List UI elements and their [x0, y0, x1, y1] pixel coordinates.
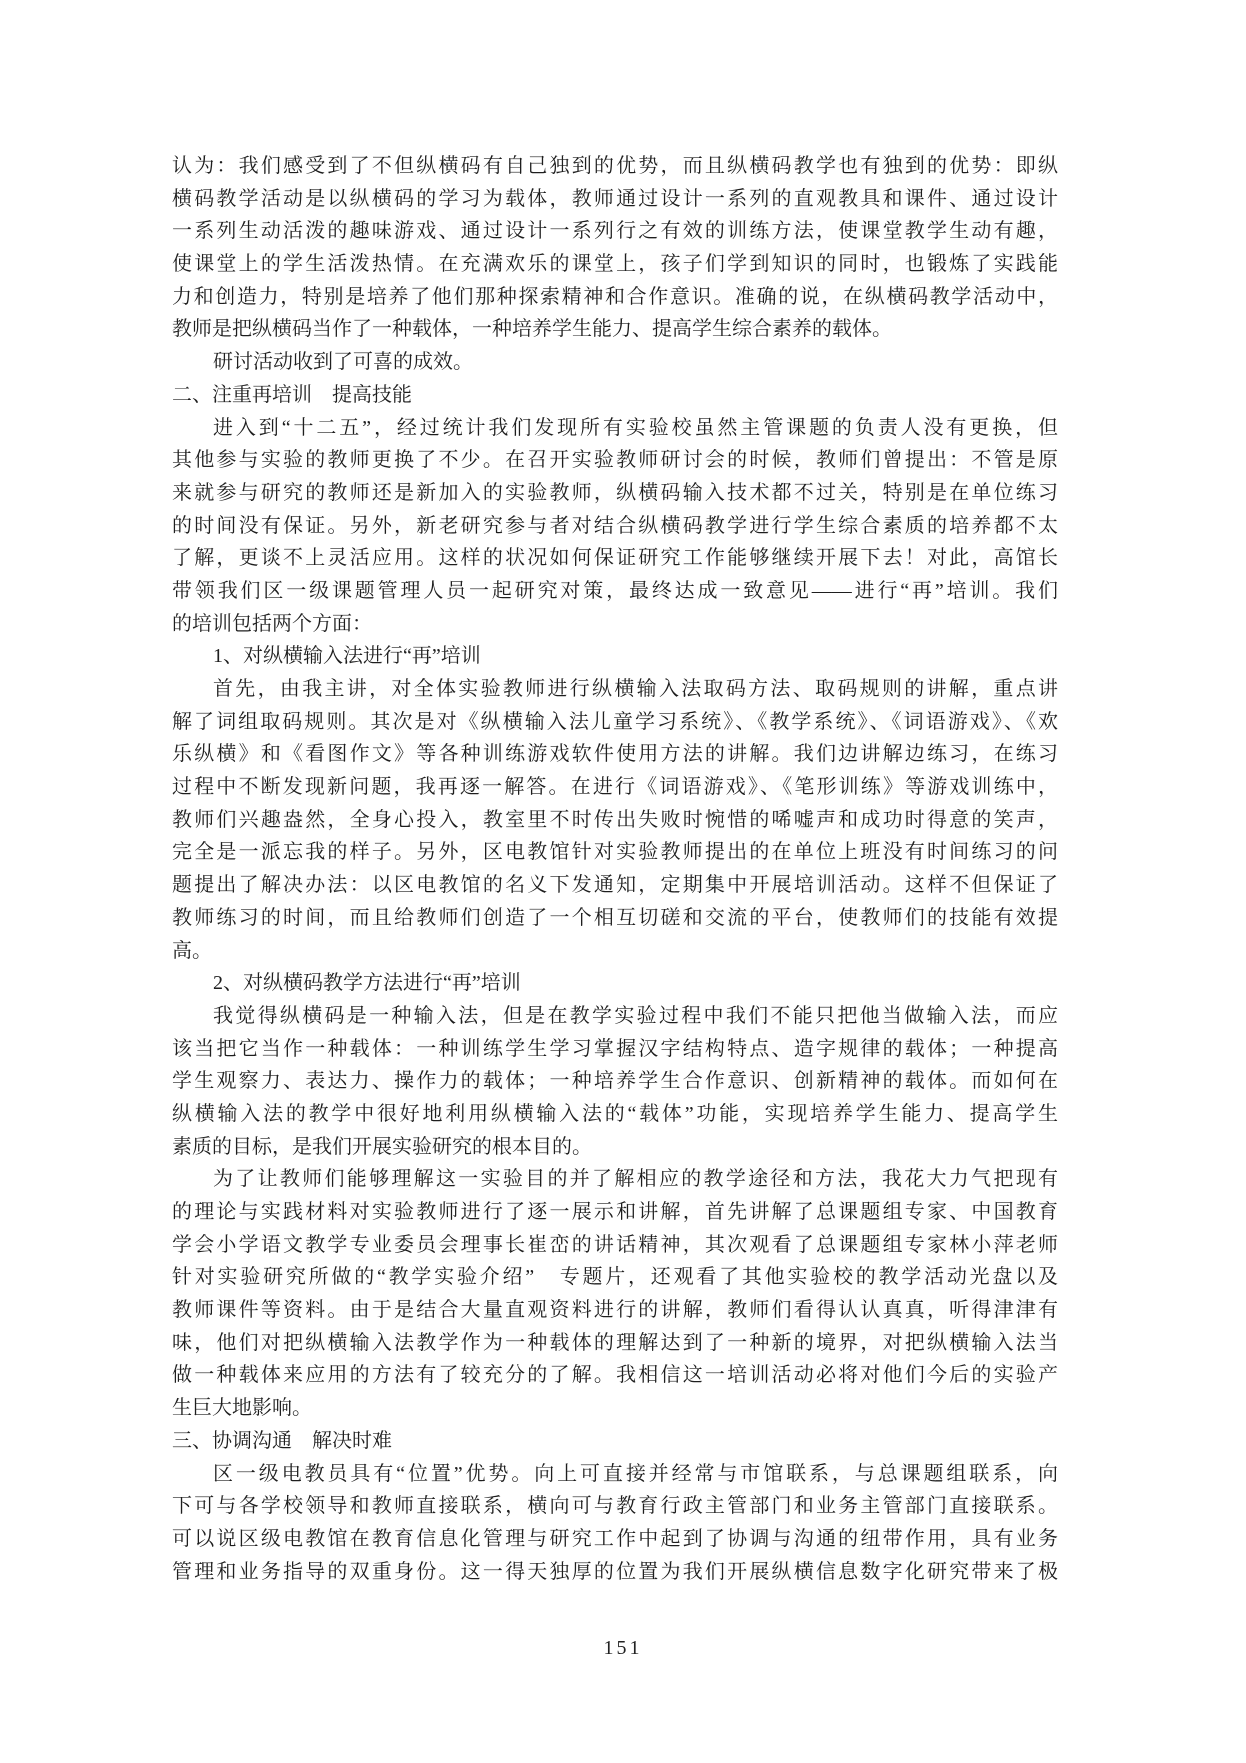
subsection-heading: 1、对纵横输入法进行“再”培训 [172, 640, 1058, 673]
text-line: 过程中不断发现新问题，我再逐一解答。在进行《词语游戏》、《笔形训练》等游戏训练中… [172, 771, 1058, 804]
text-line: 区一级电教员具有“位置”优势。向上可直接并经常与市馆联系，与总课题组联系，向 [172, 1458, 1058, 1491]
text-line: 其他参与实验的教师更换了不少。在召开实验教师研讨会的时候，教师们曾提出：不管是原 [172, 444, 1058, 477]
text-line: 味，他们对把纵横输入法教学作为一种载体的理解达到了一种新的境界，对把纵横输入法当 [172, 1327, 1058, 1360]
text-line: 教师是把纵横码当作了一种载体，一种培养学生能力、提高学生综合素养的载体。 [172, 313, 1058, 346]
text-line: 了解，更谈不上灵活应用。这样的状况如何保证研究工作能够继续开展下去！对此，高馆长 [172, 542, 1058, 575]
section-heading: 二、注重再培训 提高技能 [172, 379, 1058, 412]
text-line: 进入到“十二五”，经过统计我们发现所有实验校虽然主管课题的负责人没有更换，但 [172, 412, 1058, 445]
text-line: 做一种载体来应用的方法有了较充分的了解。我相信这一培训活动必将对他们今后的实验产 [172, 1359, 1058, 1392]
text-line: 乐纵横》和《看图作文》等各种训练游戏软件使用方法的讲解。我们边讲解边练习，在练习 [172, 738, 1058, 771]
text-line: 为了让教师们能够理解这一实验目的并了解相应的教学途径和方法，我花大力气把现有 [172, 1163, 1058, 1196]
text-line: 下可与各学校领导和教师直接联系，横向可与教育行政主管部门和业务主管部门直接联系。 [172, 1490, 1058, 1523]
text-line: 的理论与实践材料对实验教师进行了逐一展示和讲解，首先讲解了总课题组专家、中国教育 [172, 1196, 1058, 1229]
text-line: 教师练习的时间，而且给教师们创造了一个相互切磋和交流的平台，使教师们的技能有效提 [172, 902, 1058, 935]
text-line: 可以说区级电教馆在教育信息化管理与研究工作中起到了协调与沟通的纽带作用，具有业务 [172, 1523, 1058, 1556]
text-line: 解了词组取码规则。其次是对《纵横输入法儿童学习系统》、《教学系统》、《词语游戏》… [172, 706, 1058, 739]
text-line: 横码教学活动是以纵横码的学习为载体，教师通过设计一系列的直观教具和课件、通过设计 [172, 183, 1058, 216]
text-line: 纵横输入法的教学中很好地利用纵横输入法的“载体”功能，实现培养学生能力、提高学生 [172, 1098, 1058, 1131]
text-line: 教师们兴趣盎然，全身心投入，教室里不时传出失败时惋惜的唏嘘声和成功时得意的笑声， [172, 804, 1058, 837]
text-line: 力和创造力，特别是培养了他们那种探索精神和合作意识。准确的说，在纵横码教学活动中… [172, 281, 1058, 314]
page-number: 151 [0, 1637, 1246, 1660]
text-line: 来就参与研究的教师还是新加入的实验教师，纵横码输入技术都不过关，特别是在单位练习 [172, 477, 1058, 510]
text-line: 认为：我们感受到了不但纵横码有自己独到的优势，而且纵横码教学也有独到的优势：即纵 [172, 150, 1058, 183]
text-line: 教师课件等资料。由于是结合大量直观资料进行的讲解，教师们看得认认真真，听得津津有 [172, 1294, 1058, 1327]
text-line: 首先，由我主讲，对全体实验教师进行纵横输入法取码方法、取码规则的讲解，重点讲 [172, 673, 1058, 706]
document-body: 认为：我们感受到了不但纵横码有自己独到的优势，而且纵横码教学也有独到的优势：即纵… [172, 150, 1058, 1588]
text-line: 一系列生动活泼的趣味游戏、通过设计一系列行之有效的训练方法，使课堂教学生动有趣， [172, 215, 1058, 248]
text-line: 题提出了解决办法：以区电教馆的名义下发通知，定期集中开展培训活动。这样不但保证了 [172, 869, 1058, 902]
text-line: 素质的目标，是我们开展实验研究的根本目的。 [172, 1131, 1058, 1164]
text-line: 学生观察力、表达力、操作力的载体；一种培养学生合作意识、创新精神的载体。而如何在 [172, 1065, 1058, 1098]
text-line: 学会小学语文教学专业委员会理事长崔峦的讲话精神，其次观看了总课题组专家林小萍老师 [172, 1229, 1058, 1262]
document-page: 认为：我们感受到了不但纵横码有自己独到的优势，而且纵横码教学也有独到的优势：即纵… [0, 0, 1246, 1763]
text-line: 我觉得纵横码是一种输入法，但是在教学实验过程中我们不能只把他当做输入法，而应 [172, 1000, 1058, 1033]
text-line: 的时间没有保证。另外，新老研究参与者对结合纵横码教学进行学生综合素质的培养都不太 [172, 510, 1058, 543]
text-line: 高。 [172, 935, 1058, 968]
text-line: 管理和业务指导的双重身份。这一得天独厚的位置为我们开展纵横信息数字化研究带来了极 [172, 1556, 1058, 1589]
text-line: 生巨大地影响。 [172, 1392, 1058, 1425]
subsection-heading: 2、对纵横码教学方法进行“再”培训 [172, 967, 1058, 1000]
text-line: 带领我们区一级课题管理人员一起研究对策，最终达成一致意见——进行“再”培训。我们 [172, 575, 1058, 608]
text-line: 针对实验研究所做的“教学实验介绍” 专题片，还观看了其他实验校的教学活动光盘以及 [172, 1261, 1058, 1294]
text-line: 该当把它当作一种载体：一种训练学生学习掌握汉字结构特点、造字规律的载体；一种提高 [172, 1033, 1058, 1066]
text-line: 使课堂上的学生活泼热情。在充满欢乐的课堂上，孩子们学到知识的同时，也锻炼了实践能 [172, 248, 1058, 281]
section-heading: 三、协调沟通 解决时难 [172, 1425, 1058, 1458]
text-line: 完全是一派忘我的样子。另外，区电教馆针对实验教师提出的在单位上班没有时间练习的问 [172, 836, 1058, 869]
text-line: 的培训包括两个方面： [172, 608, 1058, 641]
text-line: 研讨活动收到了可喜的成效。 [172, 346, 1058, 379]
